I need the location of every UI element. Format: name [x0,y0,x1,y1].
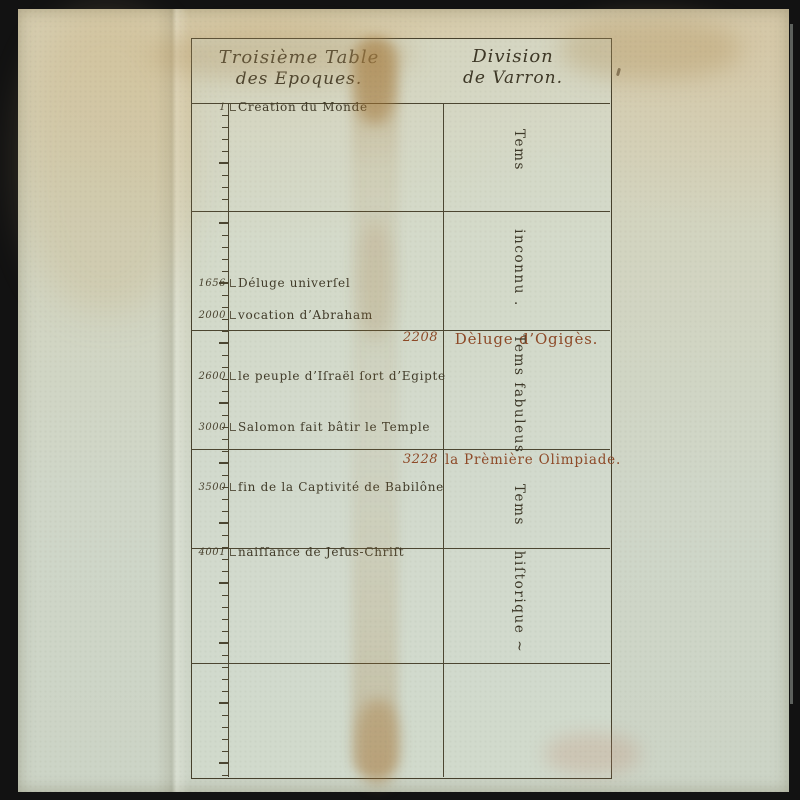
photo-background: Troisième Table des Epoques. Division de… [0,0,800,800]
paper-grain-texture [18,9,789,792]
adjacent-page-edge [790,24,793,704]
